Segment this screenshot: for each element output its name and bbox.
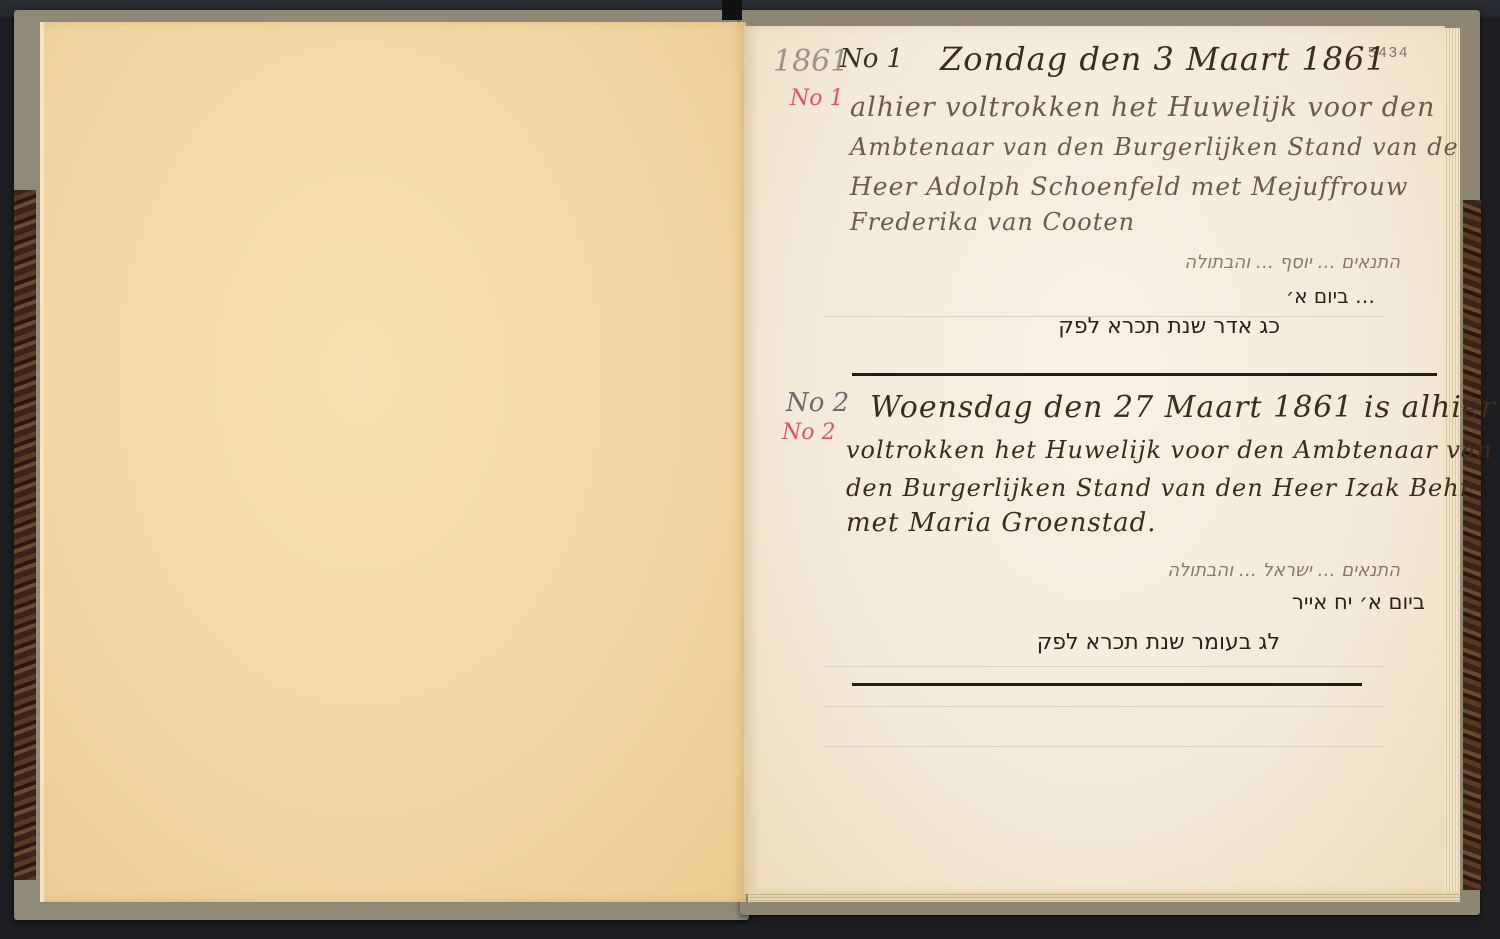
entry-1-number: No 1 — [840, 44, 903, 74]
entry-1-line-1: Zondag den 3 Maart 1861 — [940, 40, 1387, 78]
right-marbled-edge — [1463, 200, 1481, 890]
spine-shadow — [722, 0, 742, 20]
entry-separator — [852, 683, 1362, 686]
entry-1-hebrew-3: כג אדר שנת תכרא לפק — [1060, 314, 1280, 339]
pencil-year: 1861 — [773, 44, 849, 79]
entry-1-red-number: No 1 — [790, 86, 844, 111]
entry-2-line-1: Woensdag den 27 Maart 1861 is alhier — [870, 390, 1496, 425]
entry-2-line-4: met Maria Groenstad. — [846, 508, 1157, 538]
entry-1-line-5: Frederika van Cooten — [850, 208, 1135, 236]
left-page-blank — [40, 22, 746, 902]
entry-2-number: No 2 — [786, 388, 849, 418]
entry-2-line-2: voltrokken het Huwelijk voor den Ambtena… — [846, 436, 1493, 464]
entry-2-line-3: den Burgerlijken Stand van den Heer Izak… — [846, 474, 1472, 502]
ledger-line — [824, 666, 1384, 667]
entry-1-hebrew-1: התנאים … יוסף … והבתולה — [840, 252, 1400, 273]
entry-2-hebrew-1: התנאים … ישראל … והבתולה — [840, 560, 1400, 581]
entry-1-line-3: Ambtenaar van den Burgerlijken Stand van… — [850, 133, 1459, 161]
entry-1-line-4: Heer Adolph Schoenfeld met Mejuffrouw — [850, 172, 1408, 201]
entry-separator — [852, 373, 1437, 376]
entry-2-red-number: No 2 — [782, 420, 836, 445]
left-marbled-edge — [14, 190, 36, 880]
entry-2-hebrew-2: ביום א׳ יח אייר — [840, 590, 1425, 614]
entry-1-line-2: alhier voltrokken het Huwelijk voor den — [850, 92, 1435, 123]
entry-2-hebrew-3: לג בעומר שנת תכרא לפק — [1040, 630, 1280, 655]
page-edges-bottom — [748, 892, 1460, 902]
entry-1-hebrew-2: … ביום א׳ — [840, 284, 1375, 308]
ledger-line — [824, 746, 1384, 747]
ledger-line — [824, 706, 1384, 707]
